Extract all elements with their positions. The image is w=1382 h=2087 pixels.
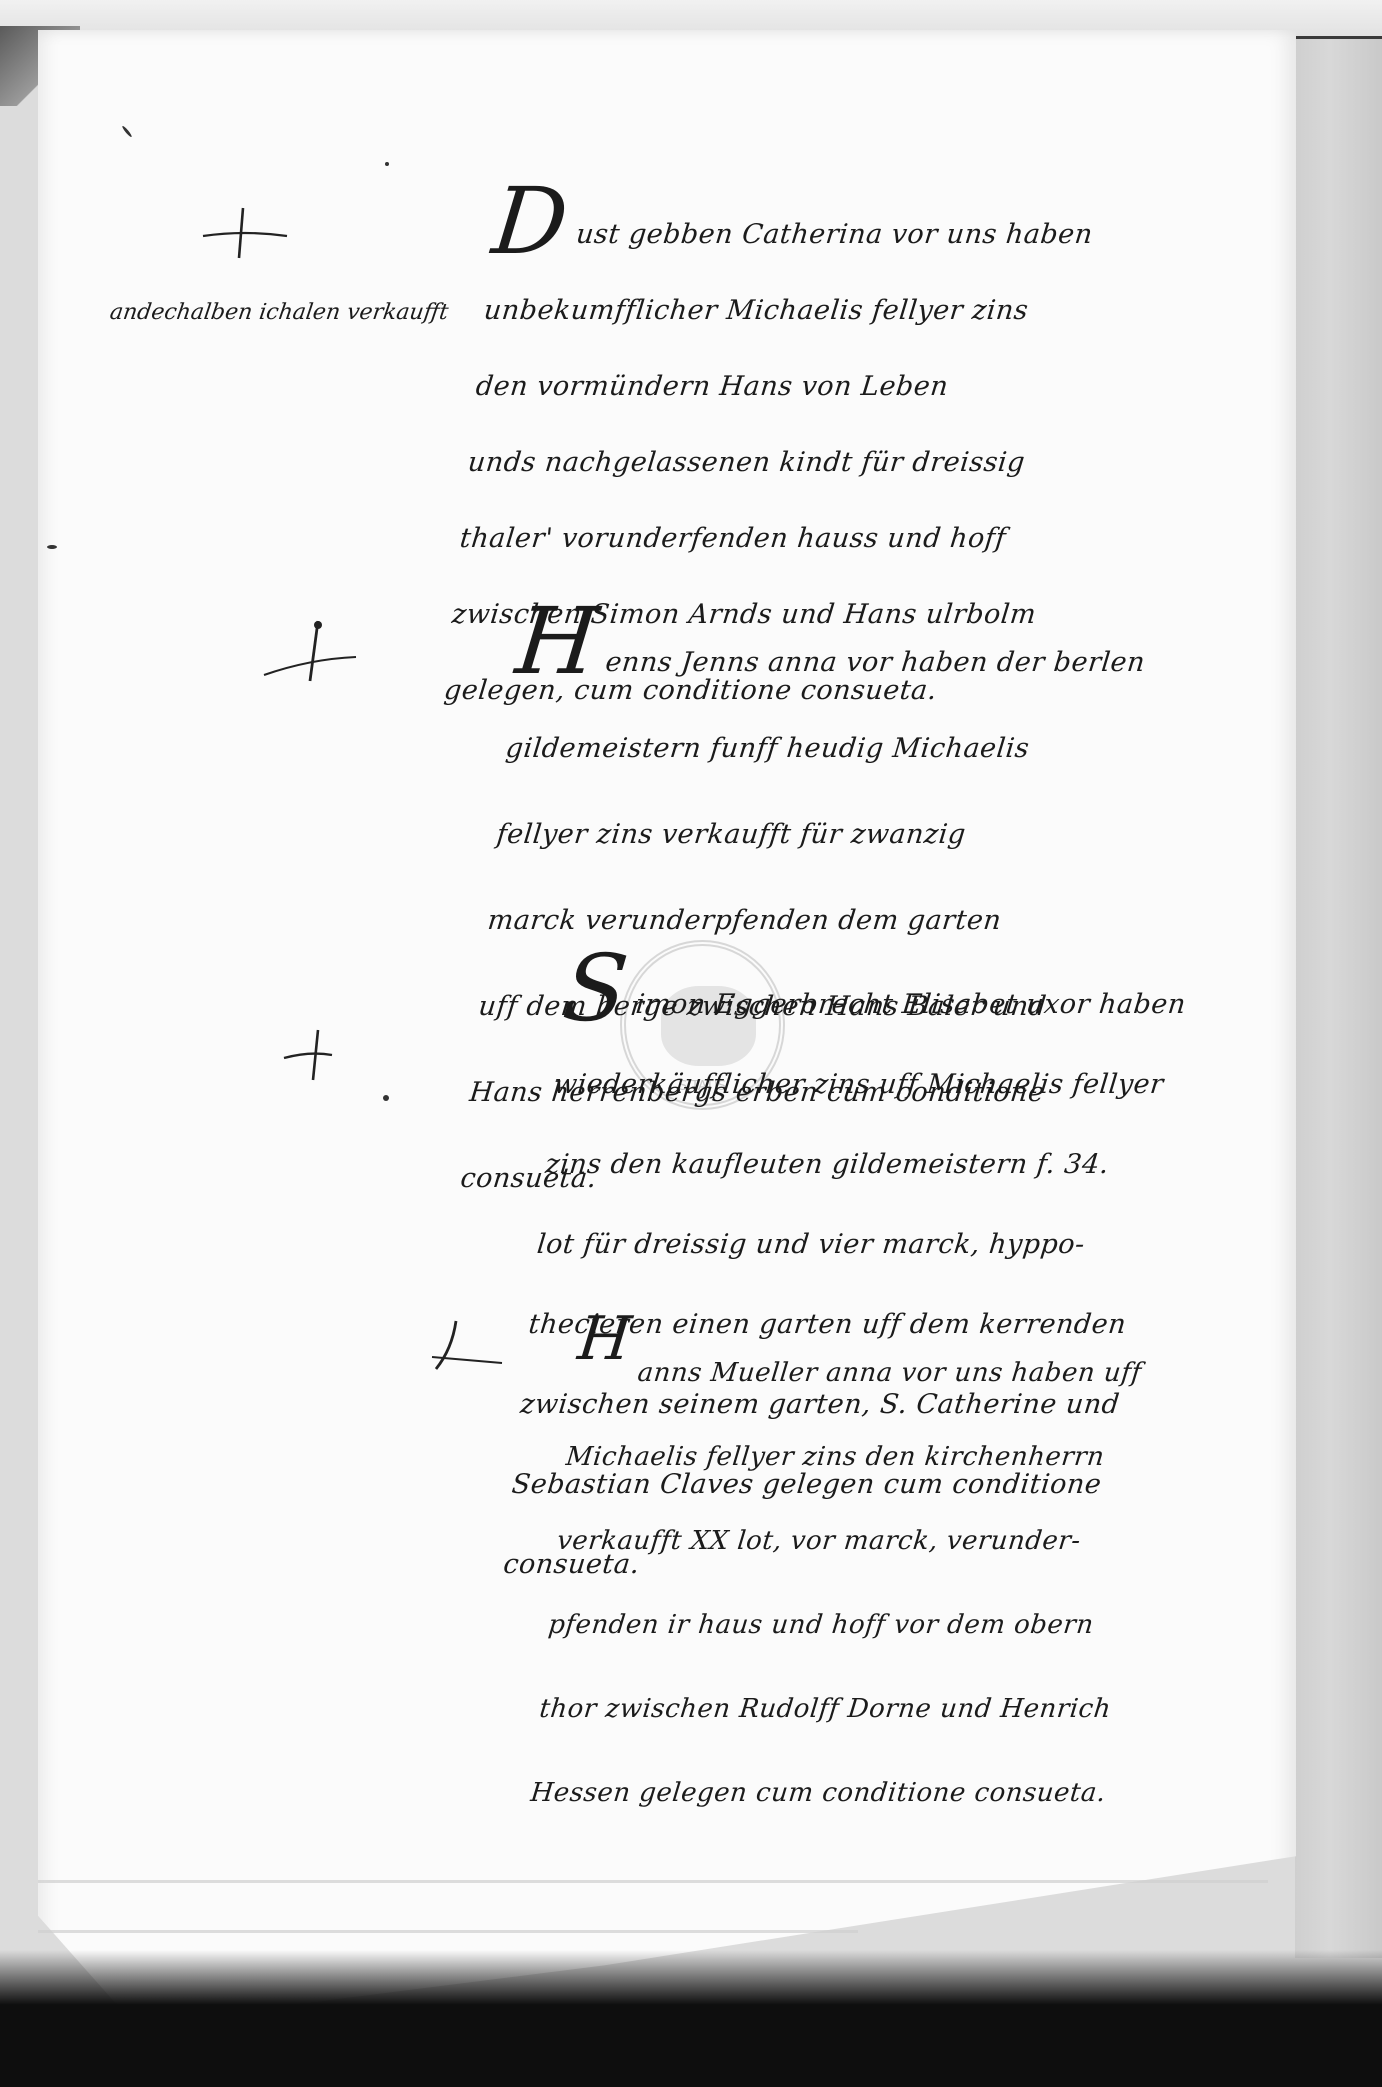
entry-initial: H <box>576 1314 634 1364</box>
cross-icon <box>428 1315 508 1375</box>
entry-line: thaler' vorunderfenden hauss und hoff <box>458 520 1282 558</box>
entry-initial: S <box>560 949 632 1029</box>
entry-line: den vormündern Hans von Leben <box>474 368 1298 406</box>
entry-line: fellyer zins verkaufft für zwanzig <box>495 813 1290 856</box>
entry-line: wiederkäufflicher zins uff Michaelis fel… <box>552 1065 1306 1105</box>
entry-line: imon Eggerbrecht Elisabet uxor haben <box>560 985 1314 1025</box>
entry-line: thor zwischen Rudolff Dorne und Henrich <box>537 1688 1271 1730</box>
entry-line: verkaufft XX lot, vor marck, verunder- <box>555 1520 1289 1562</box>
entry-line: enns Jenns anna vor haben der berlen <box>513 641 1308 684</box>
entry-line: pfenden ir haus und hoff vor dem obern <box>546 1604 1280 1646</box>
entry-initial: H <box>513 602 602 682</box>
page-fold-line <box>38 1930 858 1933</box>
entry-line: unds nachgelassenen kindt für dreissig <box>466 444 1290 482</box>
entry-line: unbekumfflicher Michaelis fellyer zins <box>482 292 1306 330</box>
entry-line: ust gebben Catherina vor uns haben <box>490 216 1314 254</box>
cross-icon <box>280 1025 350 1085</box>
entry-line: gildemeistern funff heudig Michaelis <box>504 727 1299 770</box>
dark-table-surface <box>0 1950 1382 2087</box>
entry-4: H anns Mueller anna vor uns haben uff Mi… <box>524 1268 1316 1856</box>
ink-speck <box>385 162 389 166</box>
cross-icon <box>260 615 360 685</box>
cross-icon <box>195 200 295 260</box>
margin-note: andechalben ichalen verkaufft <box>108 300 450 325</box>
entry-line: lot für dreissig und vier marck, hyppo- <box>535 1225 1289 1265</box>
entry-line: zins den kaufleuten gildemeistern f. 34. <box>543 1145 1297 1185</box>
entry-line: anns Mueller anna vor uns haben uff <box>573 1352 1307 1394</box>
ink-speck <box>383 1095 389 1101</box>
ink-speck <box>47 545 57 549</box>
entry-line: Michaelis fellyer zins den kirchenherrn <box>564 1436 1298 1478</box>
entry-initial: D <box>489 182 572 262</box>
entry-line: Hessen gelegen cum conditione consueta. <box>529 1772 1263 1814</box>
page-fold-line <box>38 1880 1268 1883</box>
